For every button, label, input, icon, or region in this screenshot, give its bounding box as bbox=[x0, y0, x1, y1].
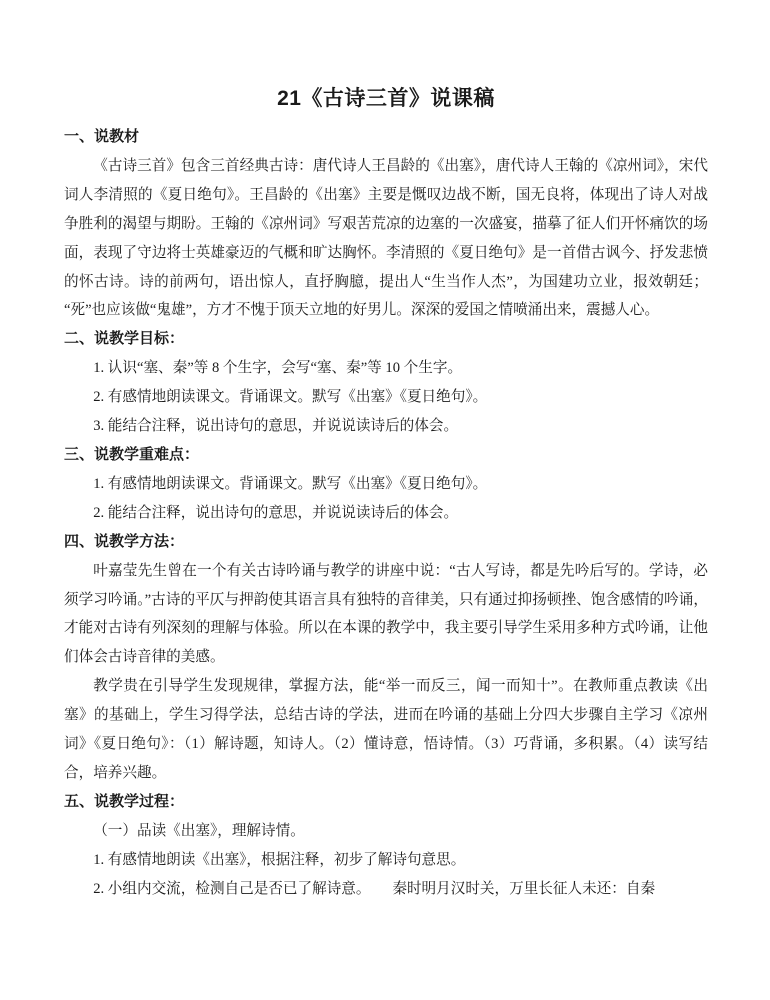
list-item: 1. 认识“塞、秦”等 8 个生字，会写“塞、秦”等 10 个生字。 bbox=[64, 354, 708, 383]
document-page: 21《古诗三首》说课稿 一、说教材 《古诗三首》包含三首经典古诗：唐代诗人王昌龄… bbox=[0, 0, 770, 1000]
section-heading-jiaoxue-fangfa: 四、说教学方法： bbox=[64, 528, 708, 557]
list-item: 2. 小组内交流，检测自己是否已了解诗意。 秦时明月汉时关，万里长征人未还：自秦 bbox=[64, 875, 708, 904]
list-item: （一）品读《出塞》，理解诗情。 bbox=[64, 817, 708, 846]
list-item: 2. 能结合注释，说出诗句的意思，并说说读诗后的体会。 bbox=[64, 499, 708, 528]
list-item: 2. 有感情地朗读课文。背诵课文。默写《出塞》《夏日绝句》。 bbox=[64, 383, 708, 412]
paragraph: 《古诗三首》包含三首经典古诗：唐代诗人王昌龄的《出塞》，唐代诗人王翰的《凉州词》… bbox=[64, 152, 708, 325]
list-item: 1. 有感情地朗读课文。背诵课文。默写《出塞》《夏日绝句》。 bbox=[64, 470, 708, 499]
section-heading-zhongnandian: 三、说教学重难点： bbox=[64, 441, 708, 470]
list-item: 1. 有感情地朗读《出塞》，根据注释，初步了解诗句意思。 bbox=[64, 846, 708, 875]
paragraph: 叶嘉莹先生曾在一个有关古诗吟诵与教学的讲座中说：“古人写诗，都是先吟后写的。学诗… bbox=[64, 557, 708, 673]
section-heading-jiaoxue-guocheng: 五、说教学过程： bbox=[64, 788, 708, 817]
section-heading-jiaoxue-mubiao: 二、说教学目标： bbox=[64, 325, 708, 354]
paragraph: 教学贵在引导学生发现规律，掌握方法，能“举一而反三，闻一而知十”。在教师重点教读… bbox=[64, 672, 708, 788]
section-heading-shuo-jiaocai: 一、说教材 bbox=[64, 123, 708, 152]
document-title: 21《古诗三首》说课稿 bbox=[64, 84, 708, 114]
list-item: 3. 能结合注释，说出诗句的意思，并说说读诗后的体会。 bbox=[64, 412, 708, 441]
